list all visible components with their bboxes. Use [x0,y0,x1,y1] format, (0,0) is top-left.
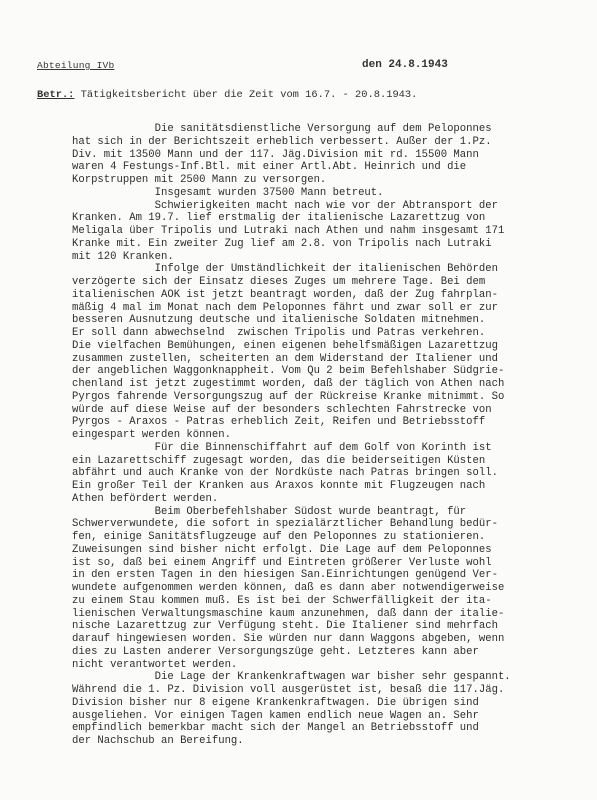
text-line: besseren Ausnutzung deutsche und italien… [72,314,592,327]
report-body: Die sanitätsdienstliche Versorgung auf d… [72,123,592,748]
text-line: fen, einige Sanitätsflugzeuge auf den Pe… [72,531,592,544]
text-line: Korpstruppen mit 2500 Mann zu versorgen. [72,174,592,187]
text-line: Infolge der Umständlichkeit der italieni… [72,263,592,276]
text-line: Zuweisungen sind bisher nicht erfolgt. D… [72,544,592,557]
text-line: Pyrgos - Araxos - Patras erheblich Zeit,… [72,416,592,429]
text-line: zu einem Stau kommen muß. Es ist bei der… [72,595,592,608]
text-line: Ein großer Teil der Kranken aus Araxos k… [72,480,592,493]
text-line: der angeblichen Waggonknappheit. Vom Qu … [72,365,592,378]
text-line: ausgeliehen. Vor einigen Tagen kamen end… [72,710,592,723]
text-line: ein Lazarettschiff zugesagt worden, das … [72,455,592,468]
text-line: hat sich in der Berichtszeit erheblich v… [72,136,592,149]
text-line: Div. mit 13500 Mann und der 117. Jäg.Div… [72,149,592,162]
text-line: Kranken. Am 19.7. lief erstmalig der ita… [72,212,592,225]
text-line: eingespart werden können. [72,429,592,442]
text-line: wundete aufgenommen werden können, daß e… [72,582,592,595]
text-line: Er soll dann abwechselnd zwischen Tripol… [72,327,592,340]
text-line: Meligala über Tripolis und Lutraki nach … [72,225,592,238]
text-line: ist so, daß bei einem Angriff und Eintre… [72,557,592,570]
department-header: Abteilung IVb [37,60,114,71]
text-line: nische Lazarettzug zur Verfügung steht. … [72,620,592,633]
text-line: in den ersten Tagen in den hiesigen San.… [72,569,592,582]
text-line: Die vielfachen Bemühungen, einen eigenen… [72,340,592,353]
text-line: mit 120 Kranken. [72,251,592,264]
text-line: nicht verantwortet werden. [72,659,592,672]
subject-text: Tätigkeitsbericht über die Zeit vom 16.7… [81,89,418,101]
text-line: zusammen zustellen, scheiterten an dem W… [72,353,592,366]
text-line: Division bisher nur 8 eigene Krankenkraf… [72,697,592,710]
text-line: verzögerte sich der Einsatz dieses Zuges… [72,276,592,289]
text-line: dies zu Lasten anderer Versorgungszüge g… [72,646,592,659]
text-line: Schwerverwundete, die sofort in spezialä… [72,518,592,531]
text-line: Schwierigkeiten macht nach wie vor der A… [72,200,592,213]
text-line: würde auf diese Weise auf der besonders … [72,404,592,417]
text-line: waren 4 Festungs-Inf.Btl. mit einer Artl… [72,161,592,174]
text-line: empfindlich bemerkbar macht sich der Man… [72,722,592,735]
text-line: der Nachschub an Bereifung. [72,735,592,748]
text-line: abfährt und auch Kranke von der Nordküst… [72,467,592,480]
text-line: Insgesamt wurden 37500 Mann betreut. [72,187,592,200]
text-line: Athen befördert werden. [72,493,592,506]
text-line: Die Lage der Krankenkraftwagen war bishe… [72,671,592,684]
text-line: darauf hingewiesen worden. Sie würden nu… [72,633,592,646]
text-line: chenland ist jetzt zugestimmt worden, da… [72,378,592,391]
text-line: Kranke mit. Ein zweiter Zug lief am 2.8.… [72,238,592,251]
text-line: italienischen AOK ist jetzt beantragt wo… [72,289,592,302]
text-line: Pyrgos fahrende Versorgungszug auf der R… [72,391,592,404]
text-line: Für die Binnenschiffahrt auf dem Golf vo… [72,442,592,455]
document-date: den 24.8.1943 [362,59,448,71]
text-line: Während die 1. Pz. Division voll ausgerü… [72,684,592,697]
subject-label: Betr.: [37,89,74,101]
text-line: Beim Oberbefehlshaber Südost wurde beant… [72,506,592,519]
text-line: mäßig 4 mal im Monat nach dem Peloponnes… [72,302,592,315]
typewritten-report-page: Abteilung IVb den 24.8.1943 Betr.: Tätig… [0,0,597,800]
text-line: lienischen Verwaltungsmaschine kaum anzu… [72,608,592,621]
subject-line: Betr.: Tätigkeitsbericht über die Zeit v… [37,89,417,101]
text-line: Die sanitätsdienstliche Versorgung auf d… [72,123,592,136]
